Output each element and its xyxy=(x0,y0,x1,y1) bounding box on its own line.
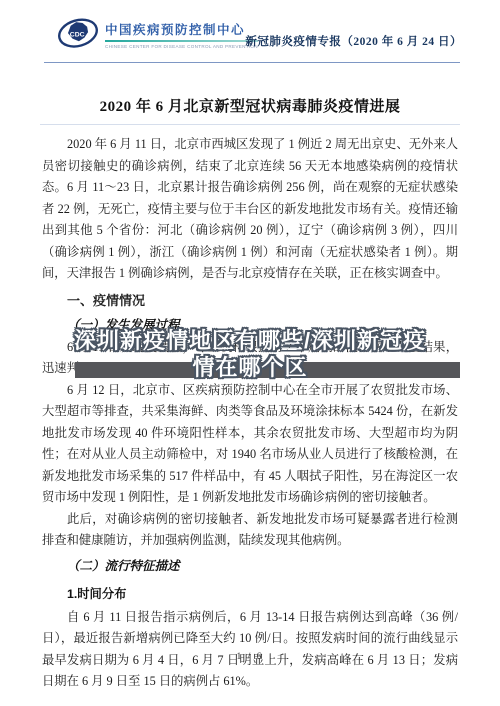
section-heading: 一、疫情情况 xyxy=(42,291,458,311)
logo-underline xyxy=(105,40,258,42)
body-paragraph: 此后，对确诊病例的密切接触者、新发地批发市场可疑暴露者进行检测排查和健康随访，并… xyxy=(42,509,458,552)
report-title: 新冠肺炎疫情专报（2020 年 6 月 24 日） xyxy=(245,33,462,49)
redaction-band xyxy=(75,362,460,378)
body-paragraph: 6 月 11 日发现疫情后，专业机构根据前 2 个病例的流行病学调查结果，迅速判 xyxy=(42,337,458,380)
page-footer: 1 / 6 xyxy=(0,652,500,662)
section-heading: （一）发生发展过程 xyxy=(42,315,458,335)
cdc-logo: CDC 中国疾病预防控制中心 CHINESE CENTER FOR DISEAS… xyxy=(57,15,258,53)
section-heading: （二）流行特征描述 xyxy=(42,556,458,576)
org-name-cn: 中国疾病预防控制中心 xyxy=(105,20,258,38)
cdc-logo-icon: CDC xyxy=(57,15,99,53)
page-header: CDC 中国疾病预防控制中心 CHINESE CENTER FOR DISEAS… xyxy=(0,0,500,62)
org-name-en: CHINESE CENTER FOR DISEASE CONTROL AND P… xyxy=(105,44,258,49)
cdc-logo-label: CDC xyxy=(70,32,85,39)
logo-text-block: 中国疾病预防控制中心 CHINESE CENTER FOR DISEASE CO… xyxy=(105,20,258,49)
body-paragraph: 自 6 月 11 日报告指示病例后，6 月 13-14 日报告病例达到高峰（36… xyxy=(42,607,458,693)
body-paragraph: 6 月 12 日，北京市、区疾病预防控制中心在全市开展了农贸批发市场、大型超市等… xyxy=(42,380,458,509)
document-page: CDC 中国疾病预防控制中心 CHINESE CENTER FOR DISEAS… xyxy=(0,0,500,706)
title-divider xyxy=(40,124,460,125)
document-body: 2020 年 6 月 11 日，北京市西城区发现了 1 例近 2 周无出京史、无… xyxy=(42,134,458,693)
section-heading: 1.时间分布 xyxy=(42,584,458,604)
body-paragraph: 2020 年 6 月 11 日，北京市西城区发现了 1 例近 2 周无出京史、无… xyxy=(42,134,458,285)
header-divider xyxy=(44,62,460,63)
document-title: 2020 年 6 月北京新型冠状病毒肺炎疫情进展 xyxy=(40,95,460,116)
page-indicator: 1 / 6 xyxy=(237,652,264,662)
